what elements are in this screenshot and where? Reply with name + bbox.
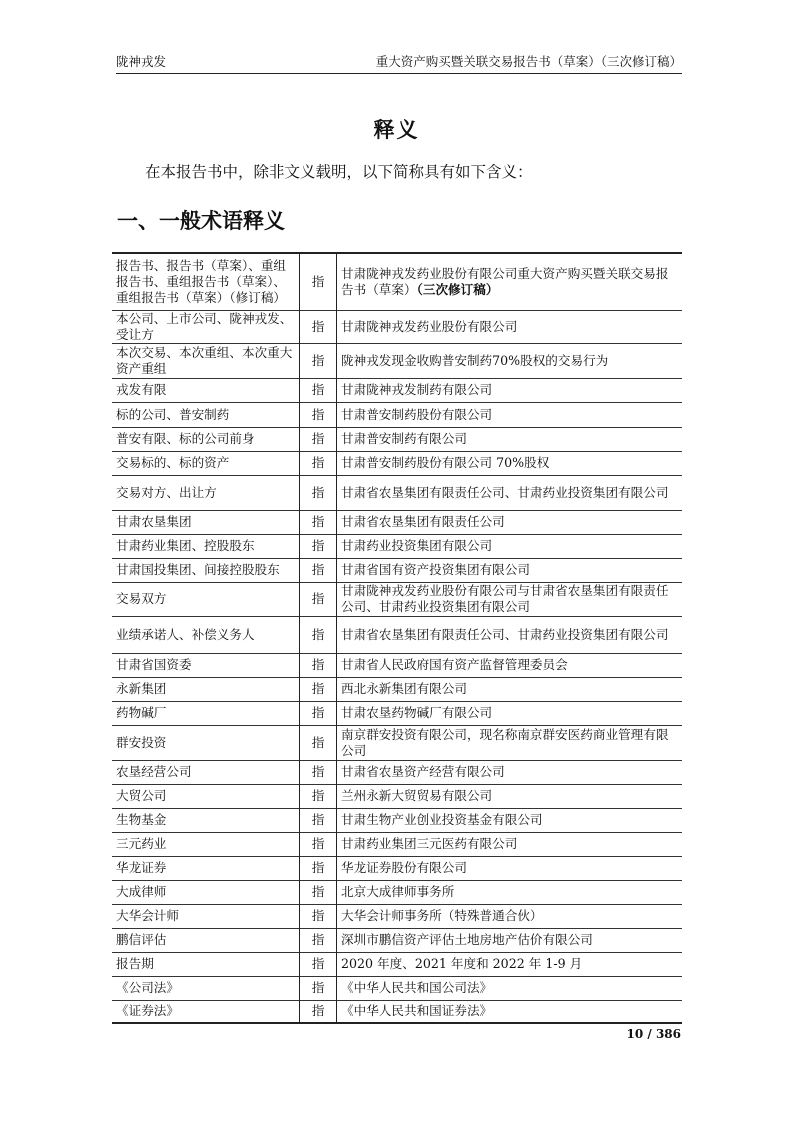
table-row: 药物碱厂指甘肃农垦药物碱厂有限公司 [112,701,682,725]
table-row: 华龙证券指华龙证券股份有限公司 [112,856,682,880]
term-cell: 药物碱厂 [112,701,300,725]
meaning-text: 《中华人民共和国公司法》 [341,980,492,995]
table-row: 群安投资指南京群安投资有限公司，现名称南京群安医药商业管理有限公司 [112,725,682,760]
table-row: 业绩承诺人、补偿义务人指甘肃省农垦集团有限责任公司、甘肃药业投资集团有限公司 [112,616,682,653]
meaning-text: 甘肃陇神戎发制药有限公司 [341,382,492,397]
table-row: 甘肃国投集团、间接控股股东指甘肃省国有资产投资集团有限公司 [112,558,682,582]
refers-to-cell: 指 [300,510,337,534]
meaning-text: 甘肃省农垦集团有限责任公司 [341,514,505,529]
refers-to-cell: 指 [300,378,337,402]
meaning-text: 甘肃省农垦资产经营有限公司 [341,764,505,779]
meaning-text: 2020 年度、2021 年度和 2022 年 1-9 月 [341,956,582,971]
meaning-text: 兰州永新大贸贸易有限公司 [341,788,492,803]
term-cell: 鹏信评估 [112,928,300,952]
table-row: 普安有限、标的公司前身指甘肃普安制药有限公司 [112,427,682,451]
meaning-cell: 华龙证券股份有限公司 [337,856,683,880]
term-cell: 三元药业 [112,832,300,856]
meaning-cell: 甘肃省农垦资产经营有限公司 [337,760,683,784]
refers-to-cell: 指 [300,534,337,558]
term-cell: 生物基金 [112,808,300,832]
meaning-cell: 兰州永新大贸贸易有限公司 [337,784,683,808]
meaning-text: 甘肃省农垦集团有限责任公司、甘肃药业投资集团有限公司 [341,627,668,642]
term-cell: 《公司法》 [112,976,300,1000]
meaning-text: 甘肃普安制药股份有限公司 [341,407,492,422]
table-row: 交易标的、标的资产指甘肃普安制药股份有限公司 70%股权 [112,451,682,475]
table-row: 三元药业指甘肃药业集团三元医药有限公司 [112,832,682,856]
term-cell: 报告期 [112,952,300,976]
refers-to-cell: 指 [300,427,337,451]
meaning-cell: 西北永新集团有限公司 [337,677,683,701]
page-header: 陇神戎发 重大资产购买暨关联交易报告书（草案）（三次修订稿） [116,53,682,74]
meaning-cell: 大华会计师事务所（特殊普通合伙） [337,904,683,928]
refers-to-cell: 指 [300,475,337,510]
term-cell: 甘肃国投集团、间接控股股东 [112,558,300,582]
meaning-cell: 甘肃生物产业创业投资基金有限公司 [337,808,683,832]
term-cell: 大贸公司 [112,784,300,808]
table-row: 标的公司、普安制药指甘肃普安制药股份有限公司 [112,402,682,427]
meaning-text: 大华会计师事务所（特殊普通合伙） [341,908,543,923]
refers-to-cell: 指 [300,976,337,1000]
table-row: 大贸公司指兰州永新大贸贸易有限公司 [112,784,682,808]
meaning-cell: 甘肃省农垦集团有限责任公司、甘肃药业投资集团有限公司 [337,616,683,653]
table-row: 甘肃省国资委指甘肃省人民政府国有资产监督管理委员会 [112,653,682,677]
page-number: 10 / 386 [627,1027,682,1041]
meaning-text: 甘肃农垦药物碱厂有限公司 [341,705,492,720]
refers-to-cell: 指 [300,1000,337,1023]
table-row: 本公司、上市公司、陇神戎发、受让方指甘肃陇神戎发药业股份有限公司 [112,310,682,343]
refers-to-cell: 指 [300,253,337,310]
meaning-text: 《中华人民共和国证券法》 [341,1003,492,1018]
table-row: 报告期指2020 年度、2021 年度和 2022 年 1-9 月 [112,952,682,976]
meaning-cell: 《中华人民共和国证券法》 [337,1000,683,1023]
table-row: 本次交易、本次重组、本次重大资产重组指陇神戎发现金收购普安制药70%股权的交易行… [112,343,682,378]
meaning-text: 甘肃陇神戎发药业股份有限公司 [341,319,517,334]
refers-to-cell: 指 [300,701,337,725]
term-cell: 群安投资 [112,725,300,760]
meaning-cell: 2020 年度、2021 年度和 2022 年 1-9 月 [337,952,683,976]
meaning-text: 甘肃陇神戎发药业股份有限公司与甘肃省农垦集团有限责任公司、甘肃药业投资集团有限公… [341,583,668,614]
refers-to-cell: 指 [300,832,337,856]
term-cell: 报告书、报告书（草案）、重组报告书、重组报告书（草案）、重组报告书（草案）（修订… [112,253,300,310]
table-row: 大华会计师指大华会计师事务所（特殊普通合伙） [112,904,682,928]
table-row: 报告书、报告书（草案）、重组报告书、重组报告书（草案）、重组报告书（草案）（修订… [112,253,682,310]
meaning-text: 甘肃普安制药股份有限公司 70%股权 [341,455,549,470]
term-cell: 交易双方 [112,582,300,616]
meaning-text: 甘肃普安制药有限公司 [341,431,467,446]
section-heading: 一、一般术语释义 [117,205,285,235]
refers-to-cell: 指 [300,760,337,784]
meaning-cell: 甘肃农垦药物碱厂有限公司 [337,701,683,725]
table-row: 永新集团指西北永新集团有限公司 [112,677,682,701]
meaning-cell: 甘肃陇神戎发药业股份有限公司重大资产购买暨关联交易报告书（草案）（三次修订稿） [337,253,683,310]
table-row: 大成律师指北京大成律师事务所 [112,880,682,904]
meaning-text: 甘肃生物产业创业投资基金有限公司 [341,812,543,827]
refers-to-cell: 指 [300,653,337,677]
term-cell: 交易对方、出让方 [112,475,300,510]
page-title: 释义 [0,114,793,144]
meaning-text: 甘肃药业投资集团有限公司 [341,538,492,553]
table-row: 农垦经营公司指甘肃省农垦资产经营有限公司 [112,760,682,784]
term-cell: 业绩承诺人、补偿义务人 [112,616,300,653]
meaning-cell: 甘肃省农垦集团有限责任公司 [337,510,683,534]
term-cell: 华龙证券 [112,856,300,880]
meaning-cell: 甘肃普安制药股份有限公司 70%股权 [337,451,683,475]
meaning-cell: 甘肃普安制药股份有限公司 [337,402,683,427]
meaning-cell: 甘肃陇神戎发药业股份有限公司与甘肃省农垦集团有限责任公司、甘肃药业投资集团有限公… [337,582,683,616]
term-cell: 戎发有限 [112,378,300,402]
table-row: 交易对方、出让方指甘肃省农垦集团有限责任公司、甘肃药业投资集团有限公司 [112,475,682,510]
refers-to-cell: 指 [300,904,337,928]
refers-to-cell: 指 [300,310,337,343]
term-cell: 农垦经营公司 [112,760,300,784]
meaning-cell: 甘肃陇神戎发药业股份有限公司 [337,310,683,343]
table-row: 生物基金指甘肃生物产业创业投资基金有限公司 [112,808,682,832]
table-row: 交易双方指甘肃陇神戎发药业股份有限公司与甘肃省农垦集团有限责任公司、甘肃药业投资… [112,582,682,616]
meaning-text: 南京群安投资有限公司，现名称南京群安医药商业管理有限公司 [341,727,668,758]
meaning-cell: 甘肃普安制药有限公司 [337,427,683,451]
meaning-cell: 甘肃省人民政府国有资产监督管理委员会 [337,653,683,677]
meaning-cell: 甘肃陇神戎发制药有限公司 [337,378,683,402]
term-cell: 普安有限、标的公司前身 [112,427,300,451]
meaning-cell: 甘肃省国有资产投资集团有限公司 [337,558,683,582]
meaning-text: 甘肃省农垦集团有限责任公司、甘肃药业投资集团有限公司 [341,485,668,500]
meaning-cell: 《中华人民共和国公司法》 [337,976,683,1000]
header-document-title: 重大资产购买暨关联交易报告书（草案）（三次修订稿） [376,52,682,70]
term-cell: 甘肃农垦集团 [112,510,300,534]
term-cell: 本公司、上市公司、陇神戎发、受让方 [112,310,300,343]
refers-to-cell: 指 [300,343,337,378]
meaning-cell: 南京群安投资有限公司，现名称南京群安医药商业管理有限公司 [337,725,683,760]
refers-to-cell: 指 [300,725,337,760]
refers-to-cell: 指 [300,677,337,701]
table-row: 《公司法》指《中华人民共和国公司法》 [112,976,682,1000]
meaning-cell: 甘肃省农垦集团有限责任公司、甘肃药业投资集团有限公司 [337,475,683,510]
meaning-text: 甘肃省人民政府国有资产监督管理委员会 [341,657,568,672]
intro-paragraph: 在本报告书中，除非文义载明，以下简称具有如下含义： [145,160,533,182]
meaning-cell: 陇神戎发现金收购普安制药70%股权的交易行为 [337,343,683,378]
meaning-cell: 甘肃药业集团三元医药有限公司 [337,832,683,856]
meaning-text: 北京大成律师事务所 [341,884,454,899]
refers-to-cell: 指 [300,582,337,616]
table-row: 甘肃药业集团、控股股东指甘肃药业投资集团有限公司 [112,534,682,558]
refers-to-cell: 指 [300,784,337,808]
definitions-table: 报告书、报告书（草案）、重组报告书、重组报告书（草案）、重组报告书（草案）（修订… [112,252,682,1024]
refers-to-cell: 指 [300,616,337,653]
refers-to-cell: 指 [300,856,337,880]
meaning-text: 西北永新集团有限公司 [341,681,467,696]
table-row: 甘肃农垦集团指甘肃省农垦集团有限责任公司 [112,510,682,534]
meaning-text: 华龙证券股份有限公司 [341,860,467,875]
term-cell: 永新集团 [112,677,300,701]
term-cell: 交易标的、标的资产 [112,451,300,475]
refers-to-cell: 指 [300,880,337,904]
refers-to-cell: 指 [300,808,337,832]
definitions-table-body: 报告书、报告书（草案）、重组报告书、重组报告书（草案）、重组报告书（草案）（修订… [112,253,682,1023]
meaning-text: 深圳市鹏信资产评估土地房地产估价有限公司 [341,932,593,947]
term-cell: 甘肃药业集团、控股股东 [112,534,300,558]
term-cell: 本次交易、本次重组、本次重大资产重组 [112,343,300,378]
term-cell: 大成律师 [112,880,300,904]
term-cell: 标的公司、普安制药 [112,402,300,427]
meaning-text: 甘肃省国有资产投资集团有限公司 [341,562,530,577]
meaning-text: 甘肃药业集团三元医药有限公司 [341,836,517,851]
table-row: 《证券法》指《中华人民共和国证券法》 [112,1000,682,1023]
term-cell: 大华会计师 [112,904,300,928]
table-row: 戎发有限指甘肃陇神戎发制药有限公司 [112,378,682,402]
meaning-bold-text: （三次修订稿） [417,282,499,297]
refers-to-cell: 指 [300,558,337,582]
refers-to-cell: 指 [300,928,337,952]
term-cell: 甘肃省国资委 [112,653,300,677]
refers-to-cell: 指 [300,952,337,976]
term-cell: 《证券法》 [112,1000,300,1023]
meaning-cell: 北京大成律师事务所 [337,880,683,904]
refers-to-cell: 指 [300,402,337,427]
meaning-text: 陇神戎发现金收购普安制药70%股权的交易行为 [341,353,608,368]
refers-to-cell: 指 [300,451,337,475]
meaning-text: 甘肃陇神戎发药业股份有限公司重大资产购买暨关联交易报告书（草案） [341,266,668,297]
table-row: 鹏信评估指深圳市鹏信资产评估土地房地产估价有限公司 [112,928,682,952]
meaning-cell: 深圳市鹏信资产评估土地房地产估价有限公司 [337,928,683,952]
header-company-name: 陇神戎发 [116,52,166,70]
meaning-cell: 甘肃药业投资集团有限公司 [337,534,683,558]
